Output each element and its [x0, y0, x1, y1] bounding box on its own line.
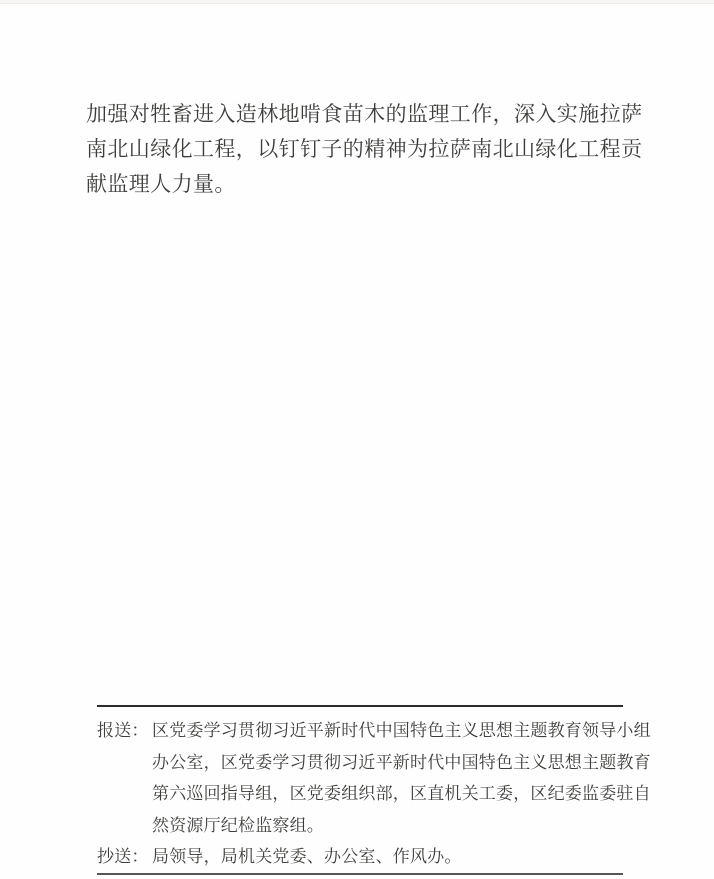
- distribution-lines: 报送： 区党委学习贯彻习近平新时代中国特色主义思想主题教育领导小组 办公室，区党…: [97, 707, 623, 873]
- distribution-block: 报送： 区党委学习贯彻习近平新时代中国特色主义思想主题教育领导小组 办公室，区党…: [97, 705, 623, 875]
- distribution-bottom-rule: [97, 873, 623, 875]
- report-to-line-2: 办公室，区党委学习贯彻习近平新时代中国特色主义思想主题教育: [152, 747, 651, 779]
- report-to-line-3: 第六巡回指导组，区党委组织部，区直机关工委，区纪委监委驻自: [152, 778, 651, 810]
- indent-spacer: [97, 747, 152, 779]
- indent-spacer: [97, 810, 152, 842]
- report-to-row: 报送： 区党委学习贯彻习近平新时代中国特色主义思想主题教育领导小组: [97, 715, 623, 747]
- report-to-row-continuation: 然资源厅纪检监察组。: [97, 810, 623, 842]
- body-text-line-3: 献监理人力量。: [86, 167, 648, 202]
- page-top-edge: [0, 0, 714, 4]
- document-page: 加强对牲畜进入造林地啃食苗木的监理工作，深入实施拉萨 南北山绿化工程，以钉钉子的…: [0, 0, 714, 879]
- report-to-label: 报送：: [97, 715, 152, 747]
- report-to-row-continuation: 第六巡回指导组，区党委组织部，区直机关工委，区纪委监委驻自: [97, 778, 623, 810]
- body-text-line-2: 南北山绿化工程，以钉钉子的精神为拉萨南北山绿化工程贡: [86, 132, 648, 167]
- report-to-row-continuation: 办公室，区党委学习贯彻习近平新时代中国特色主义思想主题教育: [97, 747, 623, 779]
- body-text-line-1: 加强对牲畜进入造林地啃食苗木的监理工作，深入实施拉萨: [86, 97, 648, 132]
- copy-to-row: 抄送： 局领导，局机关党委、办公室、作风办。: [97, 841, 623, 873]
- copy-to-label: 抄送：: [97, 841, 152, 873]
- report-to-line-1: 区党委学习贯彻习近平新时代中国特色主义思想主题教育领导小组: [152, 715, 651, 747]
- indent-spacer: [97, 778, 152, 810]
- body-paragraph: 加强对牲畜进入造林地啃食苗木的监理工作，深入实施拉萨 南北山绿化工程，以钉钉子的…: [86, 97, 648, 202]
- report-to-line-4: 然资源厅纪检监察组。: [152, 810, 623, 842]
- copy-to-line: 局领导，局机关党委、办公室、作风办。: [152, 841, 623, 873]
